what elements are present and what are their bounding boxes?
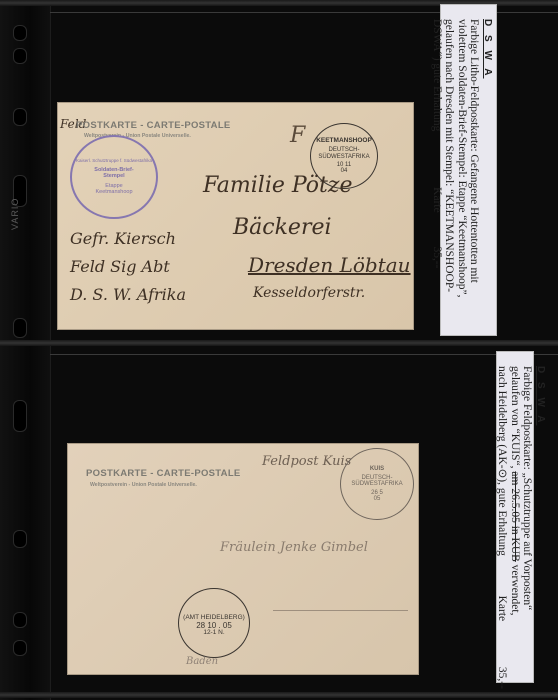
description-label-2: D S W A Farbige Feldpostkarte: „Schutztr… — [497, 352, 533, 682]
address-line-4: Kesseldorferstr. — [253, 285, 365, 301]
label-heading: D S W A — [481, 19, 494, 321]
label-item-type: Karte — [431, 187, 443, 213]
label-struck-text: am 26.5.05 in KUB — [509, 471, 521, 561]
punch-hole — [13, 530, 27, 548]
postmark-year: 05 — [374, 496, 381, 502]
stamp-bottom-2: Keetmanshoop — [96, 190, 133, 196]
label-line: gelaufen nach Dresden mit Stempel: “KEET… — [443, 19, 456, 321]
label-origin: gelaufen von “KUIS“, — [509, 366, 521, 471]
sender-line-1: Gefr. Kiersch — [70, 229, 176, 248]
printed-title: POSTKARTE - CARTE-POSTALE — [86, 468, 241, 479]
binder-strip: VARIO — [0, 0, 51, 700]
postcard-keetmanshoop[interactable]: Feld POSTKARTE - CARTE-POSTALE Weltpostv… — [58, 103, 413, 329]
postmark-line2: SÜDWESTAFRIKA — [351, 481, 402, 487]
label-line: DSWA“) gute Erhaltung Karte 35,-- — [431, 19, 444, 321]
punch-hole — [13, 108, 27, 126]
postcard-kuis[interactable]: POSTKARTE - CARTE-POSTALE Weltpostverein… — [68, 444, 418, 674]
punch-hole — [13, 400, 27, 432]
postmark-time: 12-1 N. — [203, 630, 224, 637]
handwritten-feldpost: Feldpost Kuis — [262, 454, 351, 469]
sender-line-3: D. S. W. Afrika — [70, 285, 186, 304]
punch-hole — [13, 48, 27, 64]
punch-hole — [13, 318, 27, 338]
stamp-center-2: Stempel — [103, 174, 124, 180]
punch-hole — [13, 612, 27, 628]
label-used: verwendet, — [509, 562, 521, 616]
label-line: gelaufen von “KUIS“, am 26.5.05 in KUB v… — [509, 366, 522, 668]
punch-hole — [13, 25, 27, 41]
label-line: Farbige Litho-Feldpostkarte: Gefangene H… — [468, 19, 481, 321]
postmark-town: KUIS — [370, 466, 384, 472]
pocket-divider — [0, 340, 558, 346]
punch-hole — [13, 640, 27, 656]
printed-title: POSTKARTE - CARTE-POSTALE — [76, 120, 231, 131]
address-line-1: Familie Pötze — [203, 173, 352, 198]
violet-soldier-letter-stamp: Kaiserl. Schutztruppe f. Südwestafrika S… — [70, 135, 158, 219]
address-line-2: Bäckerei — [233, 215, 332, 240]
sender-line-2: Feld Sig Abt — [70, 257, 170, 276]
label-item-type: Karte — [497, 596, 509, 622]
address-line-3: Dresden Löbtau — [248, 253, 411, 277]
kuis-postmark: KUIS DEUTSCH- SÜDWESTAFRIKA 26 5 05 — [340, 448, 414, 520]
label-line: violettem Soldaten-Brief-Stempel: Etappe… — [456, 19, 469, 321]
handwritten-initial: F — [290, 123, 305, 148]
label-heading: D S W A — [534, 366, 547, 668]
label-price: 35,-- — [431, 246, 443, 268]
pocket-line — [50, 354, 558, 355]
address-rule — [273, 610, 408, 611]
heidelberg-postmark: (AMT HEIDELBERG) 28 10 . 05 12-1 N. — [178, 588, 250, 658]
label-line: nach Heidelberg (AK-⊙), gute Erhaltung K… — [496, 366, 509, 668]
label-condition: DSWA“) gute Erhaltung — [431, 19, 443, 131]
stamp-ring-text: Kaiserl. Schutztruppe f. Südwestafrika — [76, 159, 152, 164]
description-label-1: D S W A Farbige Litho-Feldpostkarte: Gef… — [441, 5, 496, 335]
pocket-edge — [0, 692, 558, 698]
handwritten-baden: Baden — [186, 656, 218, 667]
label-price: 35,-- — [497, 667, 509, 689]
label-condition: nach Heidelberg (AK-⊙), gute Erhaltung — [497, 366, 509, 556]
postmark-line2: SÜDWESTAFRIKA — [318, 154, 369, 160]
printed-subtitle: Weltpostverein - Union Postale Universel… — [90, 482, 197, 488]
binder-brand: VARIO — [10, 198, 20, 230]
label-line: Farbige Feldpostkarte: „Schutztruppe auf… — [521, 366, 534, 668]
handwritten-recipient: Fräulein Jenke Gimbel — [220, 540, 368, 555]
postmark-town: KEETMANSHOOP — [316, 138, 372, 145]
